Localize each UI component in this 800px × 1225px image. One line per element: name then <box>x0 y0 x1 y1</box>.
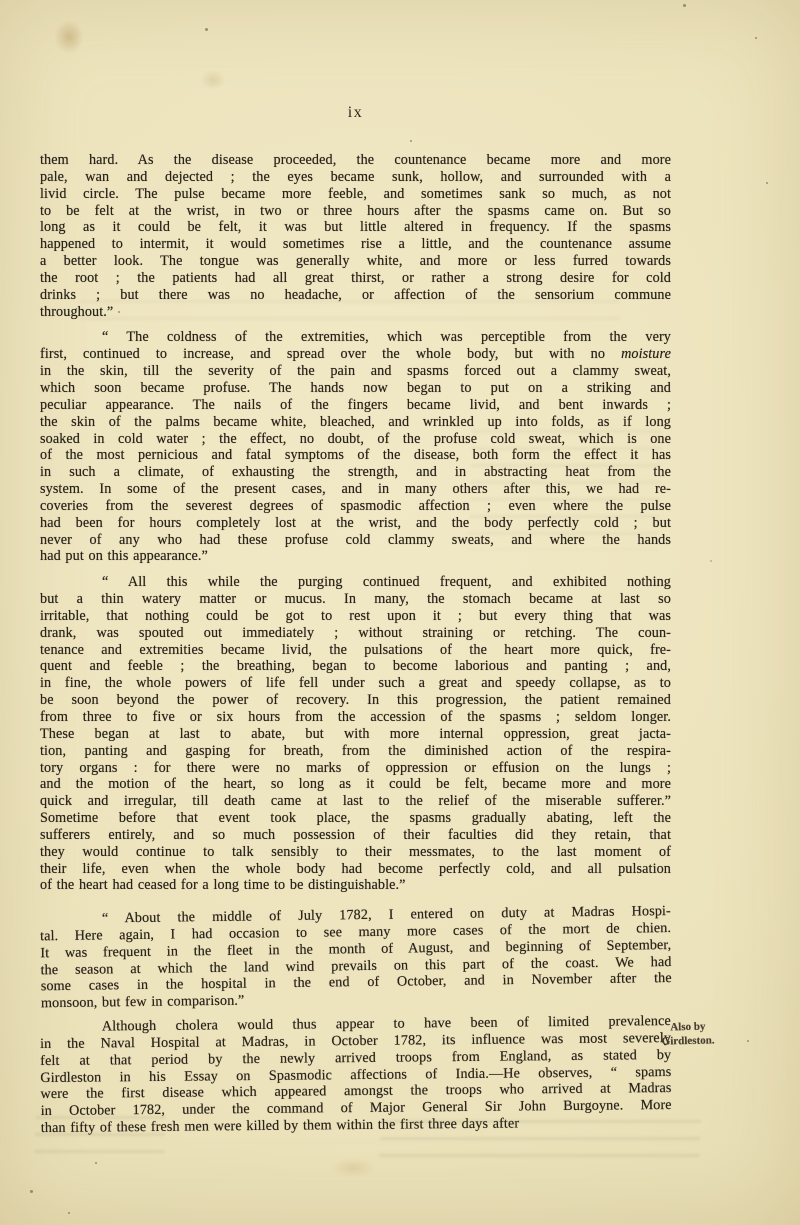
verso-showthrough <box>80 300 621 324</box>
text-line: which soon became profuse. The hands now… <box>40 380 671 397</box>
text-line: them hard. As the disease proceeded, the… <box>40 152 671 169</box>
text-line: peculiar appearance. The nails of the fi… <box>40 397 671 414</box>
text-line: of the heart had ceased for a long time … <box>40 877 671 894</box>
text-line: the root ; the patients had all great th… <box>40 270 671 287</box>
page-number: ix <box>40 104 671 122</box>
paper-stain <box>200 70 226 90</box>
verso-showthrough <box>468 430 662 550</box>
text-line: quent and feeble ; the breathing, began … <box>40 658 671 675</box>
text-line: drank, was spouted out immediately ; wit… <box>40 625 671 642</box>
text-line: the skin of the palms became white, blea… <box>40 414 671 431</box>
text-block: them hard. As the disease proceeded, the… <box>40 152 671 1131</box>
foxing-speck <box>30 1190 33 1193</box>
foxing-speck <box>410 140 412 142</box>
text-line: but a thin watery matter or mucus. In ma… <box>40 591 671 608</box>
text-line: sufferers entirely, and so much possessi… <box>40 827 671 844</box>
foxing-speck <box>118 311 120 313</box>
foxing-speck <box>710 560 712 562</box>
text-line: to be felt at the wrist, in two or three… <box>40 203 671 220</box>
text-line: in fine, the whole powers of life fell u… <box>40 675 671 692</box>
text-line: “ The coldness of the extremities, which… <box>40 329 671 346</box>
paragraph: “ About the middle of July 1782, I enter… <box>40 903 672 1012</box>
paper-stain <box>330 1158 376 1178</box>
paragraph: them hard. As the disease proceeded, the… <box>40 152 671 320</box>
text-line: These began at last to abate, but with m… <box>40 726 671 743</box>
foxing-speck <box>205 28 208 31</box>
text-line: tory organs : for there were no marks of… <box>40 760 671 777</box>
verso-showthrough <box>379 1120 700 1162</box>
text-line: Sometime before that event took place, t… <box>40 810 671 827</box>
margin-note: Also by Girdleston. <box>648 1020 729 1049</box>
foxing-speck <box>683 4 686 7</box>
verso-showthrough <box>34 1116 166 1164</box>
text-line: be soon beyond the power of recovery. In… <box>40 692 671 709</box>
text-line: happened to intermit, it would sometimes… <box>40 236 671 253</box>
foxing-speck <box>755 37 757 39</box>
text-line: irritable, that nothing could be got to … <box>40 608 671 625</box>
text-line: first, continued to increase, and spread… <box>40 346 671 363</box>
text-line: tion, panting and gasping for breath, fr… <box>40 743 671 760</box>
text-line: in the skin, till the severity of the pa… <box>40 363 671 380</box>
text-line: quick and irregular, till death came at … <box>40 793 671 810</box>
text-line: long as it could be felt, it was but lit… <box>40 219 671 236</box>
text-line: had put on this appearance.” <box>40 548 671 565</box>
margin-note-line: Girdleston. <box>648 1034 728 1049</box>
book-page-scan: ix them hard. As the disease proceeded, … <box>0 0 800 1225</box>
text-line: tenance and extremities became livid, th… <box>40 642 671 659</box>
text-line: from three to five or six hours from the… <box>40 709 671 726</box>
foxing-speck <box>540 700 542 702</box>
text-line: pale, wan and dejected ; the eyes became… <box>40 169 671 186</box>
text-line: “ All this while the purging continued f… <box>40 574 671 591</box>
text-line: a better look. The tongue was generally … <box>40 253 671 270</box>
text-line: livid circle. The pulse became more feeb… <box>40 186 671 203</box>
text-line: and the motion of the heart, so long as … <box>40 776 671 793</box>
text-line: their life, even when the whole body had… <box>40 861 671 878</box>
paragraph: “ All this while the purging continued f… <box>40 574 671 894</box>
foxing-speck <box>68 1212 70 1214</box>
foxing-speck <box>747 1040 749 1042</box>
text-line: they would continue to talk sensibly to … <box>40 844 671 861</box>
foxing-speck <box>95 1162 97 1164</box>
paper-stain <box>54 20 84 54</box>
foxing-speck <box>766 182 768 184</box>
